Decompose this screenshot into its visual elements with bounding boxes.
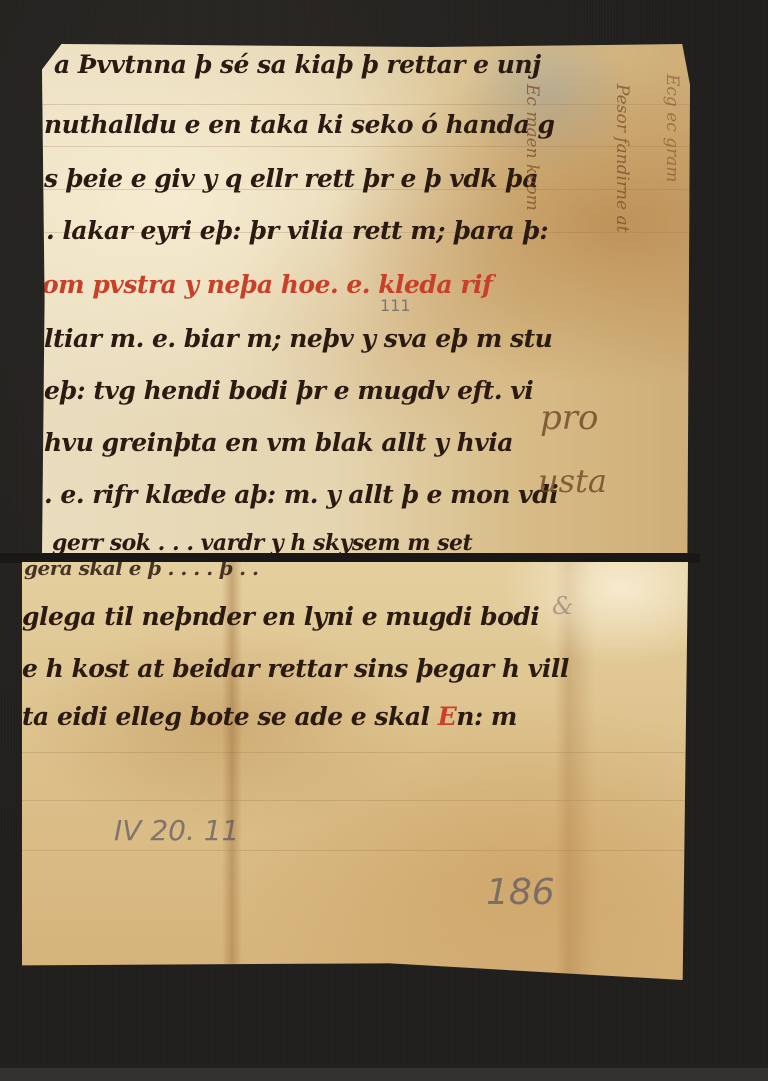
line-text: . e. rifr klæde aþ: m. y allt þ e mon vd… (44, 480, 558, 509)
folio-number-pencil: 186 (486, 872, 555, 913)
manuscript-line-9: . e. rifr klæde aþ: m. y allt þ e mon vd… (44, 480, 558, 509)
line-text: a Þvvtnna þ sé sa kiaþ þ rettar e unj (54, 50, 541, 79)
margin-mark: & (552, 592, 573, 620)
ruling-line (22, 800, 688, 801)
margin-note-vertical-1: Ec maen keom (522, 84, 542, 211)
red-initial: E (438, 702, 457, 731)
manuscript-line-6: ltiar m. e. biar m; neþv y sva eþ m stu (44, 324, 552, 353)
manuscript-rubric-line: om pvstra y neþa hoe. e. kleda rif (42, 270, 492, 299)
manuscript-line-7: eþ: tvg hendi bodi þr e mugdv eft. vi (44, 376, 533, 405)
ruling-line (22, 850, 688, 851)
line-text: s þeie e giv y q ellr rett þr e þ vdk þa (44, 164, 538, 193)
shelfmark-pencil: IV 20. 11 (114, 814, 239, 847)
manuscript-line-b1: glega til neþnder en lyni e mugdi bodi (22, 602, 539, 631)
line-text: nuthalldu e en taka ki seko ó handa g (44, 110, 555, 139)
manuscript-line-cut: gera skal e þ . . . . þ . . (24, 562, 258, 580)
fragment-gap (0, 553, 700, 563)
line-text: gera skal e þ . . . . þ . . (24, 562, 258, 580)
manuscript-line-4: . lakar eyri eþ: þr vilia rett m; þara þ… (46, 216, 548, 245)
margin-note-vertical-2: Pesor fandirne at (612, 84, 632, 232)
line-text: glega til neþnder en lyni e mugdi bodi (22, 602, 539, 631)
bottom-border-strip (0, 1068, 768, 1081)
rubric-text: om pvstra y neþa hoe. e. kleda rif (42, 270, 492, 299)
pencil-mark: 111 (380, 296, 411, 315)
manuscript-line-2: nuthalldu e en taka ki seko ó handa g (44, 110, 555, 139)
line-text: . lakar eyri eþ: þr vilia rett m; þara þ… (46, 216, 548, 245)
line-text: e h kost at beidar rettar sins þegar h v… (22, 654, 569, 683)
line-text-after-initial: n: m (456, 702, 517, 731)
margin-note-vertical-3: Ecg ec gram (662, 74, 682, 182)
margin-note-pro: pro (540, 398, 599, 438)
ruling-line (42, 146, 690, 147)
parchment-fragment-bottom: gera skal e þ . . . . þ . . glega til ne… (22, 562, 688, 980)
manuscript-line-10: gerr sok . . . vardr y h skysem m set (52, 530, 472, 554)
ruling-line (22, 752, 688, 753)
margin-note-usta: usta (538, 462, 607, 500)
line-text: gerr sok . . . vardr y h skysem m set (52, 530, 472, 554)
manuscript-line-b2: e h kost at beidar rettar sins þegar h v… (22, 654, 569, 683)
ruling-line (42, 104, 690, 105)
parchment-fragment-top: a Þvvtnna þ sé sa kiaþ þ rettar e unj nu… (42, 44, 690, 554)
manuscript-line-b3: ta eidi elleg bote se ade e skal En: m (22, 702, 517, 731)
manuscript-line-1: a Þvvtnna þ sé sa kiaþ þ rettar e unj (54, 50, 541, 79)
line-text: hvu greinþta en vm blak allt y hvia (44, 428, 513, 457)
line-text: ltiar m. e. biar m; neþv y sva eþ m stu (44, 324, 552, 353)
manuscript-line-8: hvu greinþta en vm blak allt y hvia (44, 428, 513, 457)
line-text: eþ: tvg hendi bodi þr e mugdv eft. vi (44, 376, 533, 405)
manuscript-line-3: s þeie e giv y q ellr rett þr e þ vdk þa (44, 164, 538, 193)
line-text: ta eidi elleg bote se ade e skal (22, 702, 438, 731)
